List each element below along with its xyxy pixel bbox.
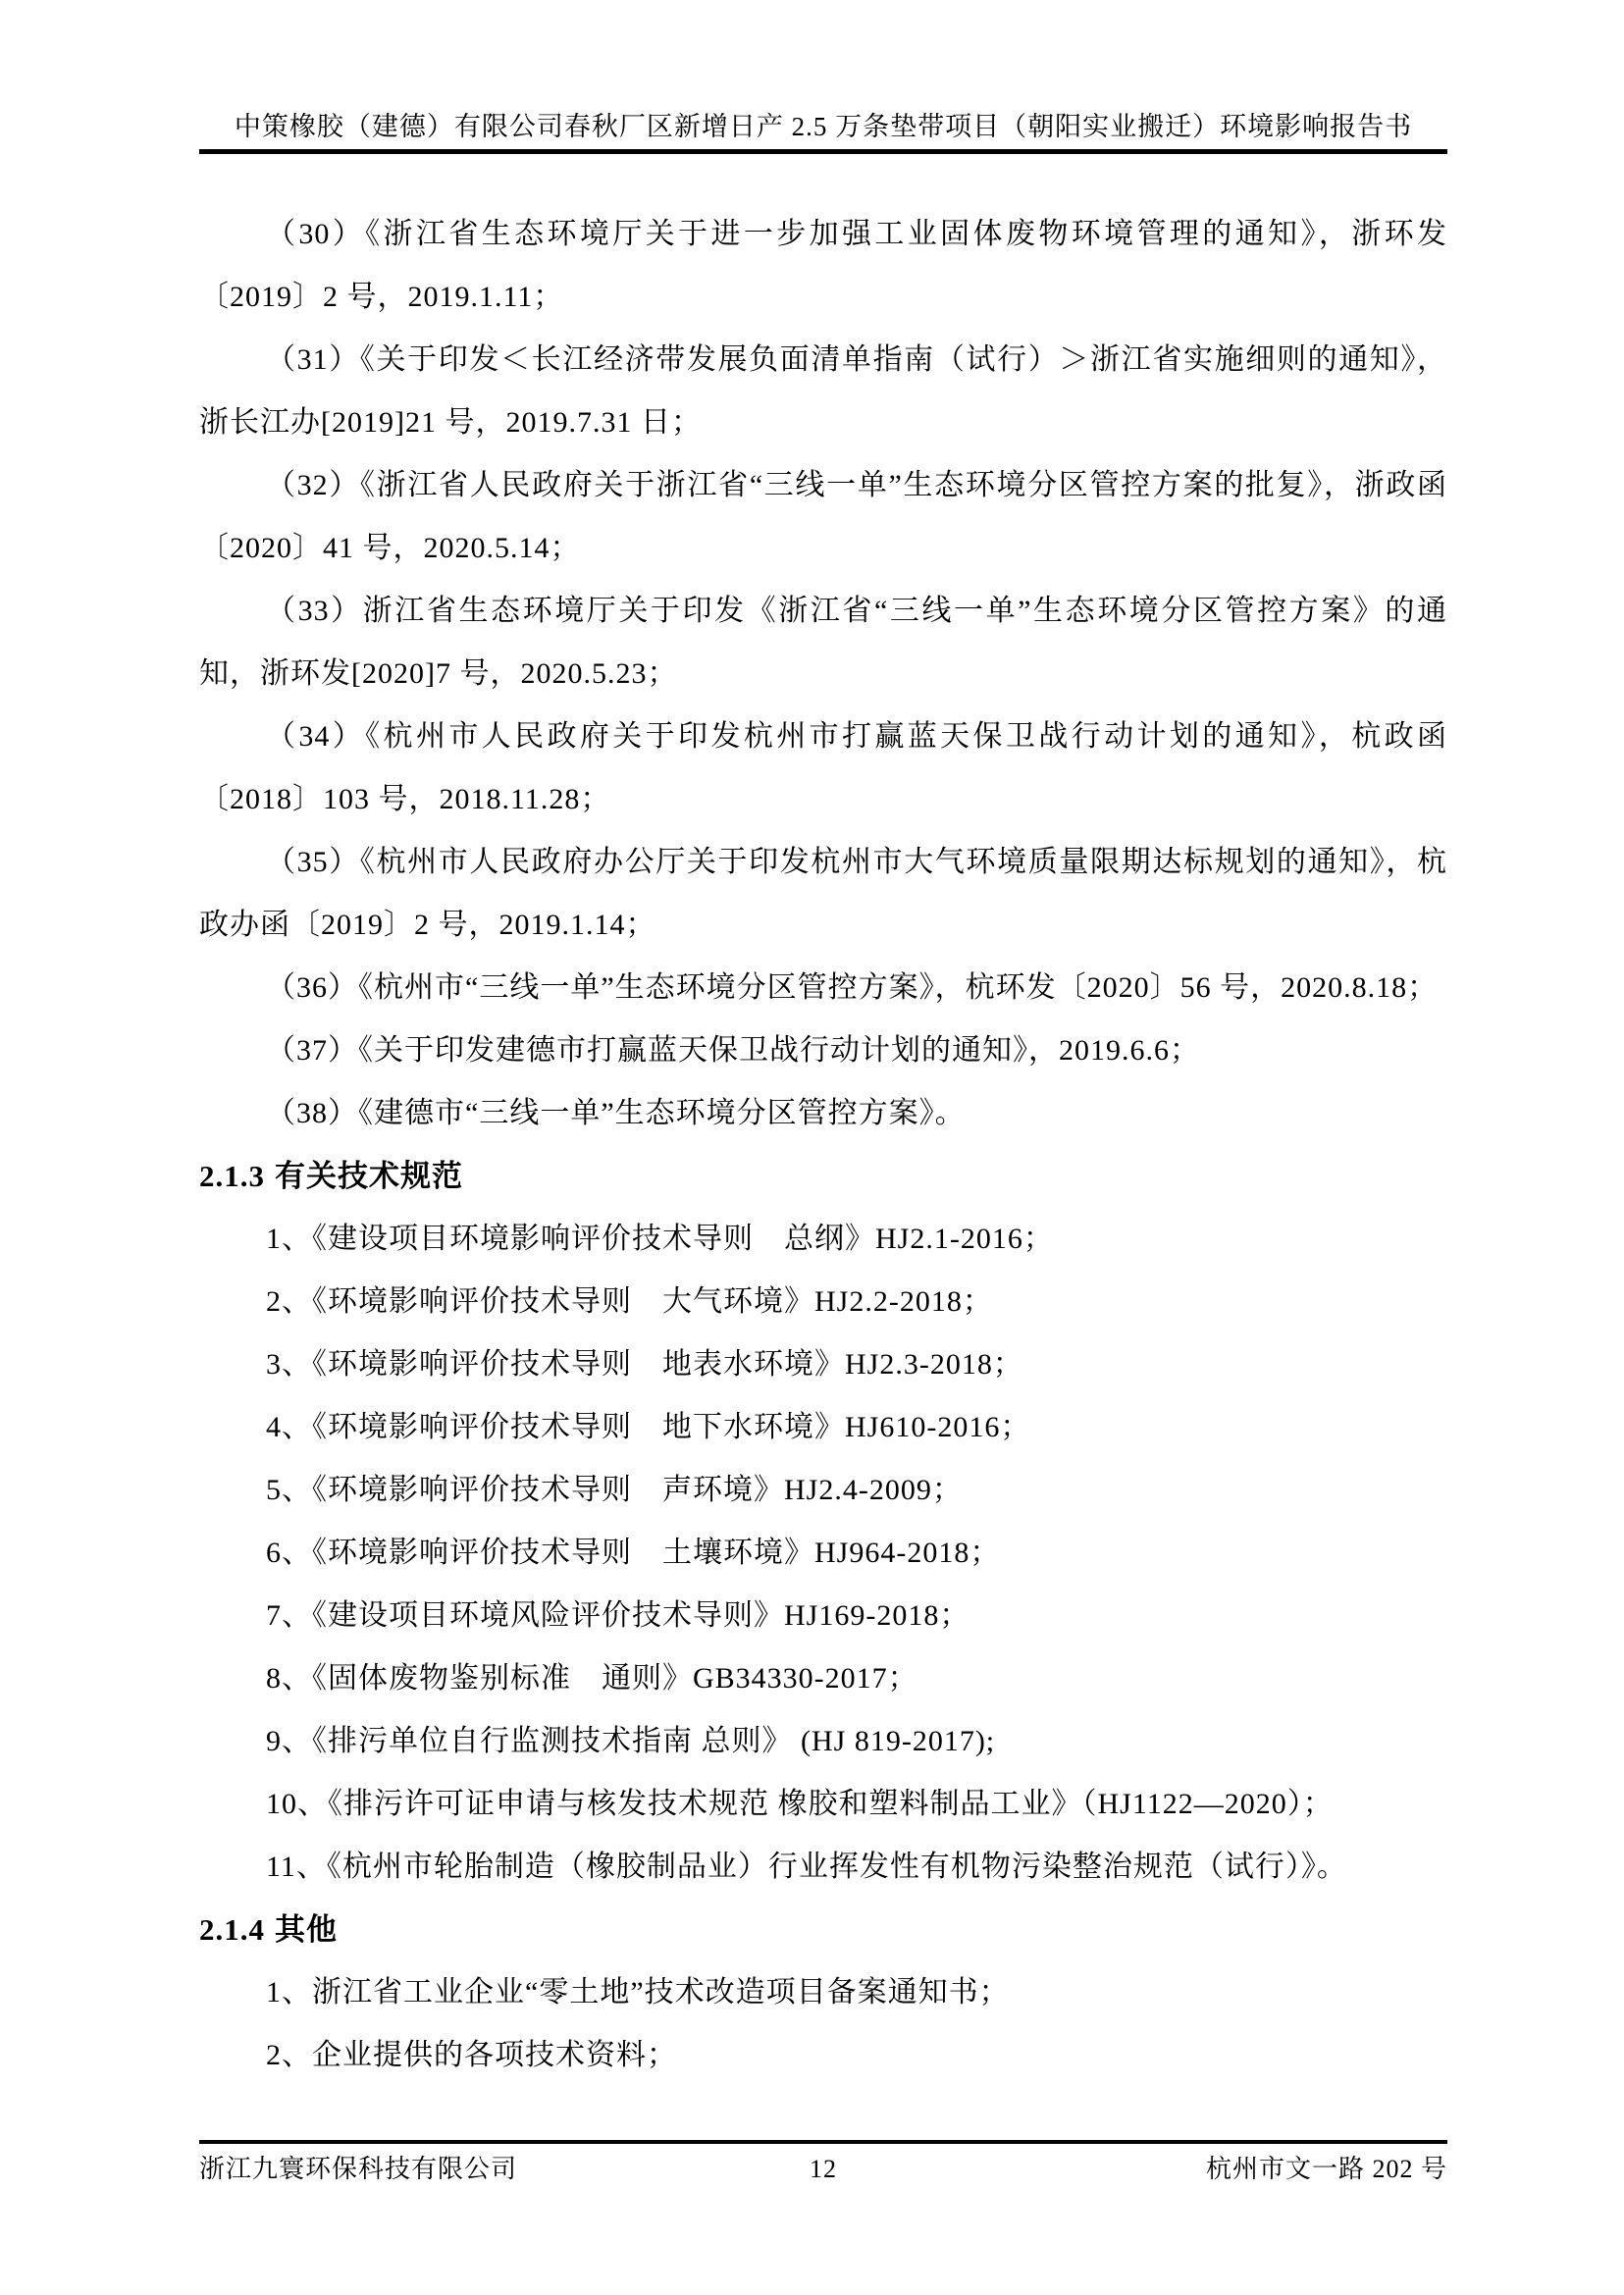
regulation-item-35: （35）《杭州市人民政府办公厅关于印发杭州市大气环境质量限期达标规划的通知》，杭… [199, 831, 1447, 957]
regulation-item-36: （36）《杭州市“三线一单”生态环境分区管控方案》，杭环发〔2020〕56 号，… [199, 957, 1447, 1019]
tech-spec-item-8: 8、《固体废物鉴别标准 通则》GB34330-2017； [199, 1647, 1447, 1710]
page-header: 中策橡胶（建德）有限公司春秋厂区新增日产 2.5 万条垫带项目（朝阳实业搬迁）环… [199, 0, 1447, 154]
section-heading-2-1-4: 2.1.4其他 [199, 1899, 1447, 1961]
tech-spec-item-10: 10、《排污许可证申请与核发技术规范 橡胶和塑料制品工业》（HJ1122—202… [199, 1773, 1447, 1836]
section-title: 有关技术规范 [275, 1159, 463, 1193]
tech-spec-item-4: 4、《环境影响评价技术导则 地下水环境》HJ610-2016； [199, 1396, 1447, 1459]
header-title: 中策橡胶（建德）有限公司春秋厂区新增日产 2.5 万条垫带项目（朝阳实业搬迁）环… [199, 110, 1447, 143]
tech-spec-item-7: 7、《建设项目环境风险评价技术导则》HJ169-2018； [199, 1585, 1447, 1647]
regulation-item-32: （32）《浙江省人民政府关于浙江省“三线一单”生态环境分区管控方案的批复》，浙政… [199, 454, 1447, 580]
regulation-item-38: （38）《建德市“三线一单”生态环境分区管控方案》。 [199, 1082, 1447, 1145]
other-item-1: 1、浙江省工业企业“零土地”技术改造项目备案通知书； [199, 1961, 1447, 2024]
page-footer: 浙江九寰环保科技有限公司 12 杭州市文一路 202 号 [199, 2140, 1447, 2184]
tech-spec-item-5: 5、《环境影响评价技术导则 声环境》HJ2.4-2009； [199, 1459, 1447, 1522]
tech-spec-item-1: 1、《建设项目环境影响评价技术导则 总纲》HJ2.1-2016； [199, 1208, 1447, 1271]
tech-spec-item-3: 3、《环境影响评价技术导则 地表水环境》HJ2.3-2018； [199, 1333, 1447, 1396]
tech-spec-item-6: 6、《环境影响评价技术导则 土壤环境》HJ964-2018； [199, 1522, 1447, 1585]
regulation-item-34: （34）《杭州市人民政府关于印发杭州市打赢蓝天保卫战行动计划的通知》，杭政函〔2… [199, 705, 1447, 831]
section-number: 2.1.3 [199, 1159, 265, 1193]
section-number: 2.1.4 [199, 1912, 265, 1947]
document-page: 中策橡胶（建德）有限公司春秋厂区新增日产 2.5 万条垫带项目（朝阳实业搬迁）环… [0, 0, 1624, 2295]
tech-spec-item-9: 9、《排污单位自行监测技术指南 总则》 (HJ 819-2017); [199, 1710, 1447, 1773]
regulation-item-33: （33）浙江省生态环境厅关于印发《浙江省“三线一单”生态环境分区管控方案》的通知… [199, 580, 1447, 705]
other-item-2: 2、企业提供的各项技术资料； [199, 2024, 1447, 2087]
tech-spec-item-11: 11、《杭州市轮胎制造（橡胶制品业）行业挥发性有机物污染整治规范（试行）》。 [199, 1836, 1447, 1899]
footer-address: 杭州市文一路 202 号 [837, 2155, 1447, 2184]
section-heading-2-1-3: 2.1.3有关技术规范 [199, 1145, 1447, 1208]
regulation-item-37: （37）《关于印发建德市打赢蓝天保卫战行动计划的通知》，2019.6.6； [199, 1019, 1447, 1082]
tech-spec-item-2: 2、《环境影响评价技术导则 大气环境》HJ2.2-2018； [199, 1271, 1447, 1333]
footer-company: 浙江九寰环保科技有限公司 [199, 2155, 810, 2184]
section-title: 其他 [275, 1912, 338, 1947]
regulation-item-31: （31）《关于印发＜长江经济带发展负面清单指南（试行）＞浙江省实施细则的通知》，… [199, 329, 1447, 454]
regulation-item-30: （30）《浙江省生态环境厅关于进一步加强工业固体废物环境管理的通知》，浙环发〔2… [199, 203, 1447, 329]
page-body: （30）《浙江省生态环境厅关于进一步加强工业固体废物环境管理的通知》，浙环发〔2… [199, 154, 1447, 2087]
footer-page-number: 12 [810, 2155, 837, 2184]
